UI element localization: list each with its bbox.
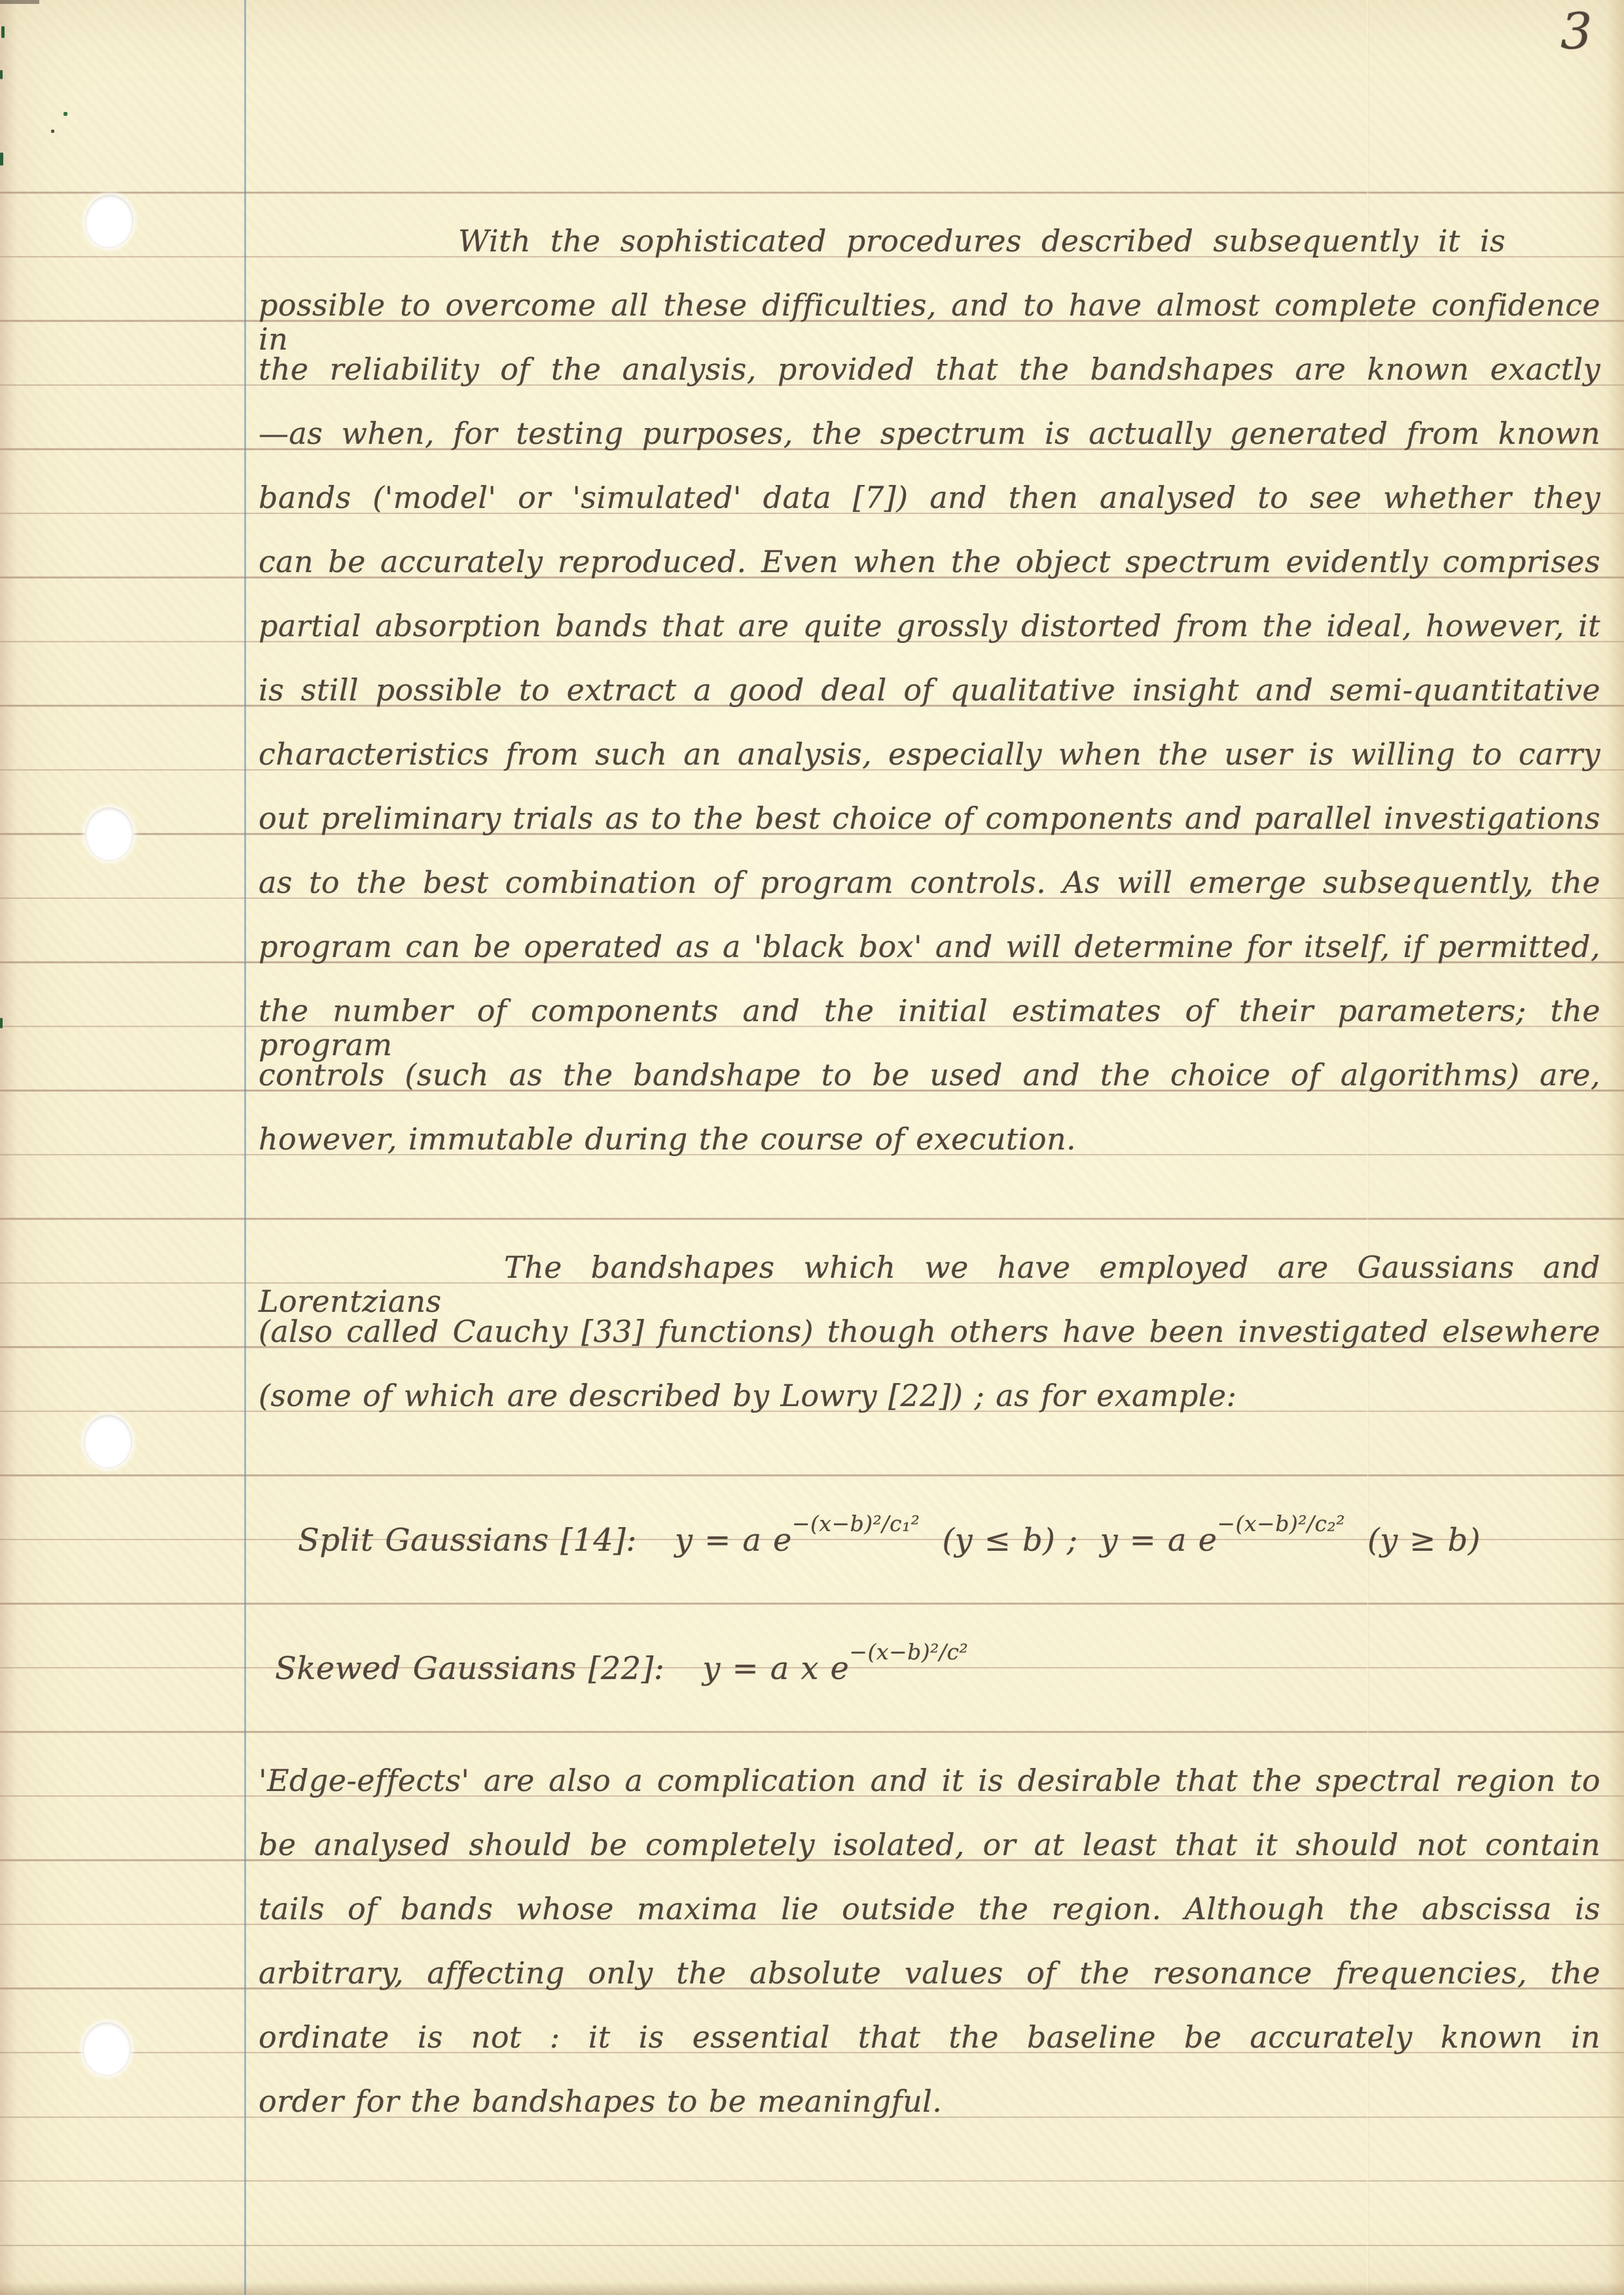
handwritten-line: is still possible to extract a good deal… (259, 673, 1600, 707)
handwritten-line: order for the bandshapes to be meaningfu… (259, 2084, 1600, 2118)
hole-punch (82, 2022, 131, 2076)
formula-label: Split Gaussians [14]: (298, 1522, 637, 1559)
handwritten-line: ordinate is not : it is essential that t… (259, 2020, 1600, 2054)
manuscript-page: 3 With the sophisticated procedures desc… (0, 0, 1624, 2295)
handwritten-line: can be accurately reproduced. Even when … (259, 545, 1600, 579)
paper-speck (0, 70, 3, 79)
hole-punch (85, 807, 134, 861)
handwritten-line: arbitrary, affecting only the absolute v… (259, 1956, 1600, 1990)
margin-line (244, 0, 246, 2295)
handwritten-line: (some of which are described by Lowry [2… (259, 1379, 1600, 1413)
handwritten-line: as to the best combination of program co… (259, 865, 1600, 899)
handwritten-line: out preliminary trials as to the best ch… (259, 801, 1600, 835)
handwritten-line: program can be operated as a 'black box'… (259, 930, 1600, 964)
handwritten-line: —as when, for testing purposes, the spec… (259, 416, 1600, 450)
formula-expression: y = a e (675, 1522, 792, 1559)
handwritten-line: bands ('model' or 'simulated' data [7]) … (259, 480, 1600, 515)
formula-exponent: −(x−b)²/c₂² (1217, 1511, 1345, 1536)
hole-punch (84, 1415, 132, 1468)
formula-expression: y = a e (1100, 1522, 1217, 1559)
hole-punch (82, 191, 137, 251)
formula-condition: (y ≥ b) (1367, 1522, 1481, 1559)
handwritten-line: controls (such as the bandshape to be us… (259, 1058, 1600, 1092)
formula-split-gaussians: Split Gaussians [14]:y = a e−(x−b)²/c₁²(… (298, 1507, 1481, 1541)
formula-condition: (y ≤ b) ; (942, 1522, 1077, 1559)
handwritten-line: The bandshapes which we have employed ar… (259, 1250, 1600, 1284)
formula-expression: y = a x e (702, 1650, 849, 1687)
handwritten-line: 'Edge-effects' are also a complication a… (259, 1763, 1600, 1798)
handwritten-line: With the sophisticated procedures descri… (259, 224, 1506, 258)
paper-edge-top (0, 0, 39, 4)
paper-speck (63, 112, 67, 116)
paper-edge-bottom (0, 2282, 1624, 2295)
formula-label: Skewed Gaussians [22]: (275, 1650, 664, 1687)
handwritten-line: possible to overcome all these difficult… (259, 288, 1600, 322)
paper-speck (0, 153, 3, 166)
paper-speck (51, 130, 54, 133)
formula-skewed-gaussians: Skewed Gaussians [22]:y = a x e−(x−b)²/c… (275, 1635, 968, 1669)
formula-exponent: −(x−b)²/c² (849, 1639, 968, 1665)
formula-exponent: −(x−b)²/c₁² (792, 1511, 920, 1536)
handwritten-line: partial absorption bands that are quite … (259, 609, 1600, 643)
paper-speck (1, 26, 5, 38)
paper-edge-left (0, 0, 17, 2295)
handwritten-line: the reliability of the analysis, provide… (259, 352, 1600, 386)
handwritten-line: (also called Cauchy [33] functions) thou… (259, 1314, 1600, 1348)
handwritten-line: tails of bands whose maxima lie outside … (259, 1892, 1600, 1926)
page-number: 3 (1561, 5, 1593, 58)
handwritten-line: the number of components and the initial… (259, 994, 1600, 1028)
paper-edge-right (1607, 0, 1624, 2295)
paper-speck (0, 1018, 3, 1028)
handwritten-line: however, immutable during the course of … (259, 1122, 1600, 1156)
handwritten-line: characteristics from such an analysis, e… (259, 737, 1600, 771)
handwritten-line: be analysed should be completely isolate… (259, 1828, 1600, 1862)
